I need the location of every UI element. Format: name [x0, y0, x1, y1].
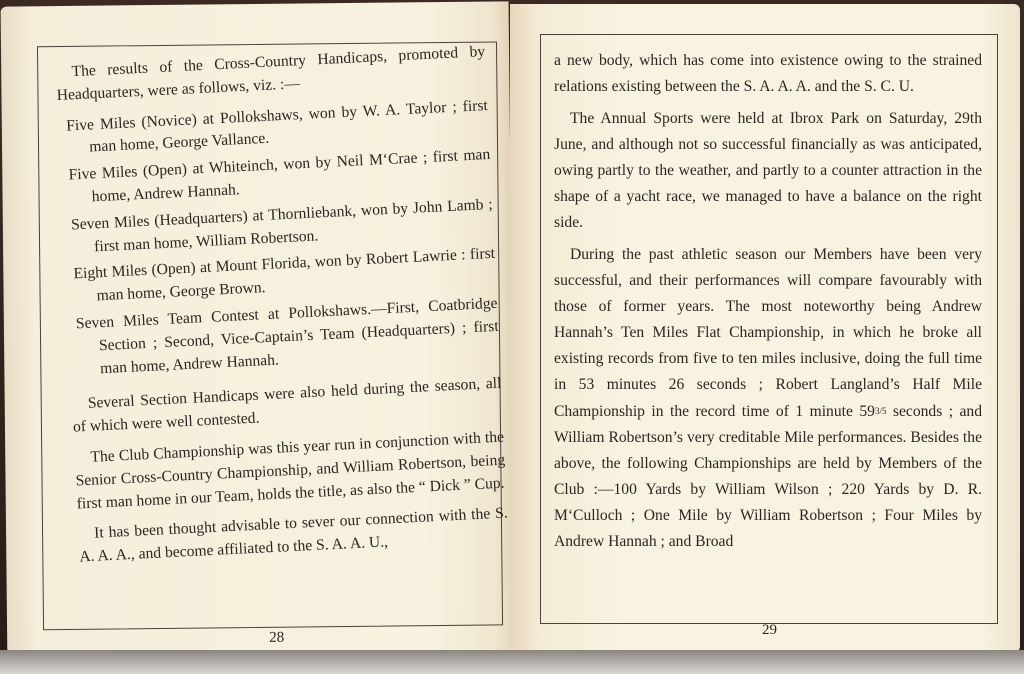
open-book: The results of the Cross-Country Handica… [0, 0, 1024, 660]
page-29-text: a new body, which has come into existenc… [554, 48, 982, 561]
club-championship-paragraph: The Club Championship was this year run … [74, 427, 507, 516]
season-text: During the past athletic season our Memb… [554, 246, 982, 420]
fraction: 3/5 [875, 406, 887, 416]
season-paragraph: During the past athletic season our Memb… [554, 242, 982, 555]
affiliation-paragraph: It has been thought advisable to sever o… [78, 503, 510, 570]
annual-sports-paragraph: The Annual Sports were held at Ibrox Par… [554, 106, 982, 236]
season-text-cont: seconds ; and William Robertson’s very c… [554, 403, 982, 550]
table-surface [0, 650, 1024, 674]
page-29: a new body, which has come into existenc… [510, 4, 1020, 654]
page-28-text: The results of the Cross-Country Handica… [55, 41, 510, 577]
continuation-paragraph: a new body, which has come into existenc… [554, 48, 982, 100]
page-number: 28 [269, 630, 284, 647]
page-28: The results of the Cross-Country Handica… [1, 1, 516, 656]
page-number: 29 [762, 622, 777, 639]
